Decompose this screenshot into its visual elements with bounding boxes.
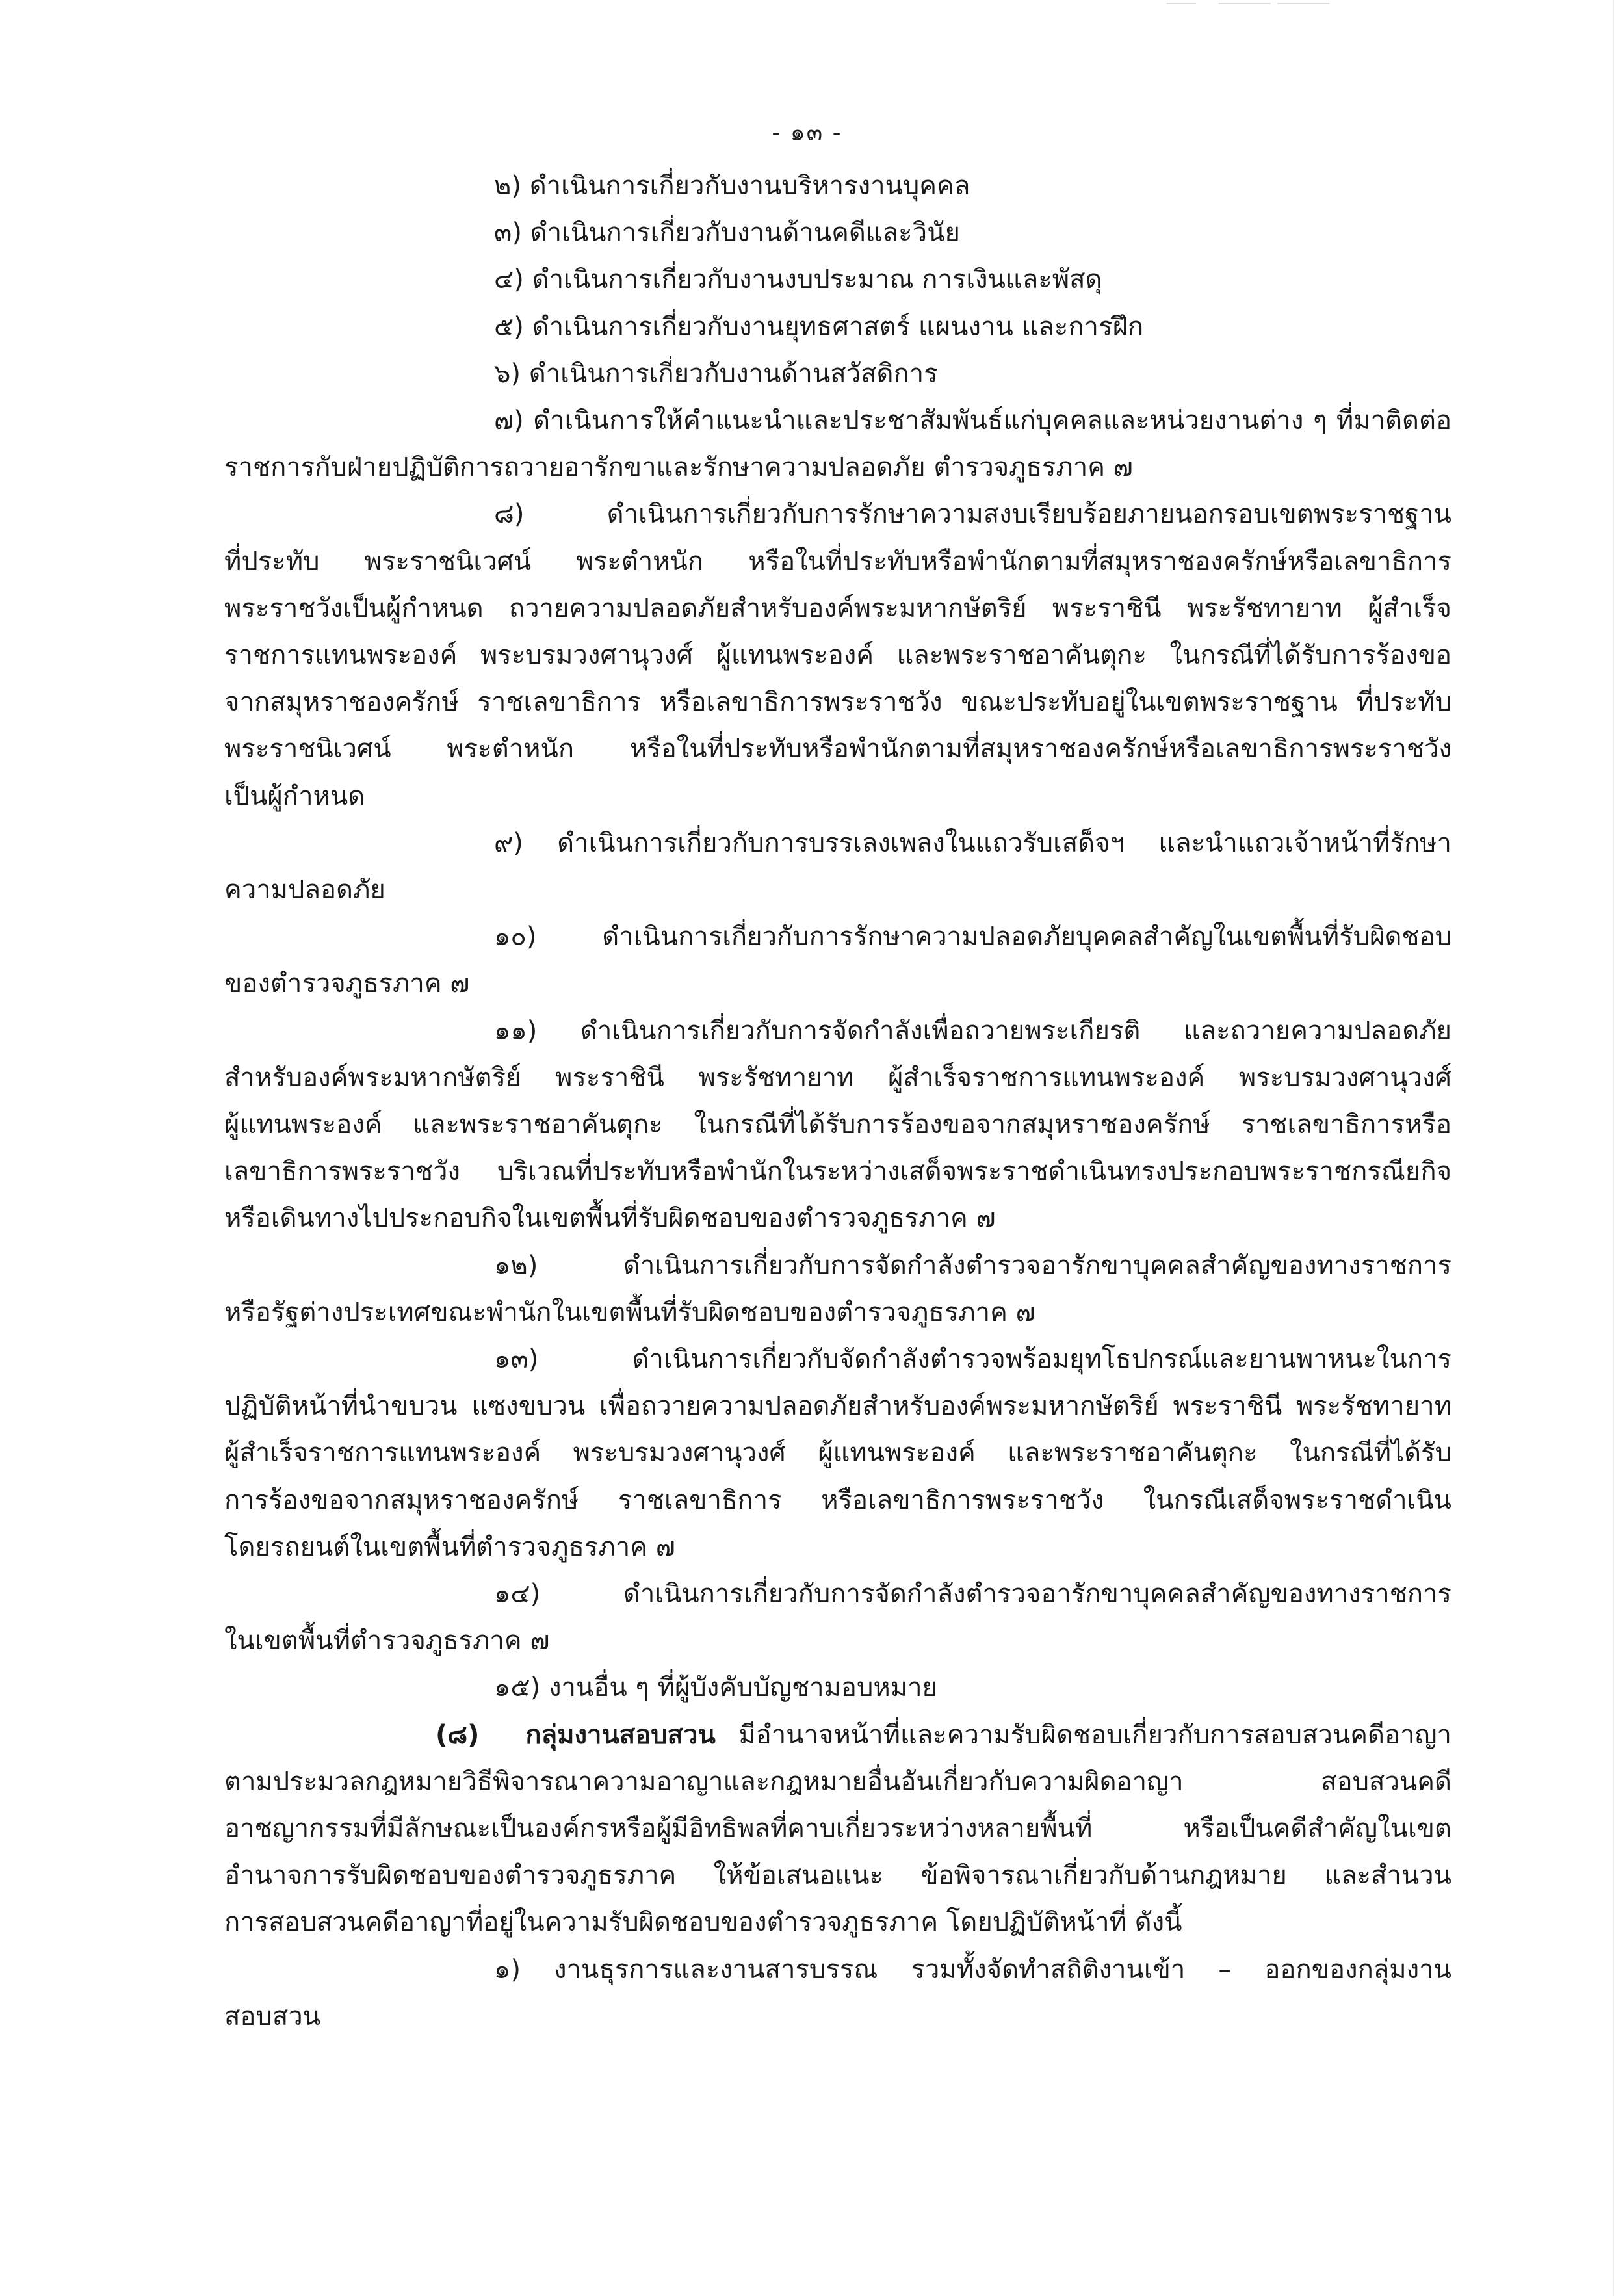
paragraph-line: สอบสวน [224,1993,1451,2040]
paragraph-line: จากสมุหราชองครักษ์ ราชเลขาธิการ หรือเลขา… [224,679,1451,725]
scan-artifact-marks [1167,3,1427,5]
paragraph-line: ความปลอดภัย [224,867,1451,913]
paragraph-line: เลขาธิการพระราชวัง บริเวณที่ประทับหรือพำ… [224,1148,1451,1195]
paragraph-line: หรือเดินทางไปประกอบกิจในเขตพื้นที่รับผิด… [224,1195,1451,1242]
paragraph-line: ราชการกับฝ่ายปฏิบัติการถวายอารักขาและรัก… [224,444,1451,491]
paragraph-line: อาชญากรรมที่มีลักษณะเป็นองค์กรหรือผู้มีอ… [224,1805,1451,1852]
list-item: ๑๔) ดำเนินการเกี่ยวกับการจัดกำลังตำรวจอา… [494,1571,1451,1617]
list-item: ๑๐) ดำเนินการเกี่ยวกับการรักษาความปลอดภั… [494,913,1451,960]
section-number: (๘) [436,1720,479,1750]
section-heading: (๘) กลุ่มงานสอบสวน มีอำนาจหน้าที่และความ… [436,1712,1451,1758]
paragraph-line: สำหรับองค์พระมหากษัตริย์ พระราชินี พระรั… [224,1054,1451,1101]
paragraph-line: โดยรถยนต์ในเขตพื้นที่ตำรวจภูธรภาค ๗ [224,1524,1451,1571]
list-item: ๑๓) ดำเนินการเกี่ยวกับจัดกำลังตำรวจพร้อม… [494,1336,1451,1383]
list-item: ๒) ดำเนินการเกี่ยวกับงานบริหารงานบุคคล [494,163,1451,209]
paragraph-line: ที่ประทับ พระราชนิเวศน์ พระตำหนัก หรือใน… [224,538,1451,585]
paragraph-line: ของตำรวจภูธรภาค ๗ [224,960,1451,1007]
paragraph-line: พระราชนิเวศน์ พระตำหนัก หรือในที่ประทับห… [224,725,1451,772]
section-title: กลุ่มงานสอบสวน [525,1720,715,1750]
list-item: ๘) ดำเนินการเกี่ยวกับการรักษาความสงบเรีย… [494,491,1451,538]
section-description: มีอำนาจหน้าที่และความรับผิดชอบเกี่ยวกับก… [738,1720,1451,1750]
list-item: ๑๑) ดำเนินการเกี่ยวกับการจัดกำลังเพื่อถว… [494,1008,1451,1054]
paragraph-line: พระราชวังเป็นผู้กำหนด ถวายความปลอดภัยสำห… [224,585,1451,632]
paragraph-line: ตามประมวลกฎหมายวิธีพิจารณาความอาญาและกฎห… [224,1758,1451,1805]
paragraph-line: หรือรัฐต่างประเทศขณะพำนักในเขตพื้นที่รับ… [224,1289,1451,1336]
list-item: ๑) งานธุรการและงานสารบรรณ รวมทั้งจัดทำสถ… [494,1946,1451,1993]
list-item: ๑๕) งานอื่น ๆ ที่ผู้บังคับบัญชามอบหมาย [494,1664,1451,1711]
paragraph-line: อำนาจการรับผิดชอบของตำรวจภูธรภาค ให้ข้อเ… [224,1852,1451,1899]
list-item: ๓) ดำเนินการเกี่ยวกับงานด้านคดีและวินัย [494,209,1451,256]
paragraph-line: การสอบสวนคดีอาญาที่อยู่ในความรับผิดชอบขอ… [224,1899,1451,1946]
document-page: - ๑๓ - ๒) ดำเนินการเกี่ยวกับงานบริหารงาน… [0,0,1614,2296]
paragraph-line: ในเขตพื้นที่ตำรวจภูธรภาค ๗ [224,1617,1451,1664]
list-item: ๗) ดำเนินการให้คำแนะนำและประชาสัมพันธ์แก… [494,397,1451,444]
paragraph-line: ผู้สำเร็จราชการแทนพระองค์ พระบรมวงศานุวง… [224,1429,1451,1476]
paragraph-line: ปฏิบัติหน้าที่นำขบวน แซงขบวน เพื่อถวายคว… [224,1383,1451,1429]
paragraph-line: การร้องขอจากสมุหราชองครักษ์ ราชเลขาธิการ… [224,1477,1451,1524]
list-item: ๑๒) ดำเนินการเกี่ยวกับการจัดกำลังตำรวจอา… [494,1242,1451,1289]
paragraph-line: เป็นผู้กำหนด [224,773,1451,820]
list-item: ๕) ดำเนินการเกี่ยวกับงานยุทธศาสตร์ แผนงา… [494,304,1451,350]
page-number: - ๑๓ - [0,117,1614,150]
paragraph-line: ราชการแทนพระองค์ พระบรมวงศานุวงศ์ ผู้แทน… [224,632,1451,679]
paragraph-line: ผู้แทนพระองค์ และพระราชอาคันตุกะ ในกรณีท… [224,1101,1451,1148]
list-item: ๔) ดำเนินการเกี่ยวกับงานงบประมาณ การเงิน… [494,256,1451,303]
list-item: ๖) ดำเนินการเกี่ยวกับงานด้านสวัสดิการ [494,350,1451,397]
list-item: ๙) ดำเนินการเกี่ยวกับการบรรเลงเพลงในแถวร… [494,820,1451,867]
